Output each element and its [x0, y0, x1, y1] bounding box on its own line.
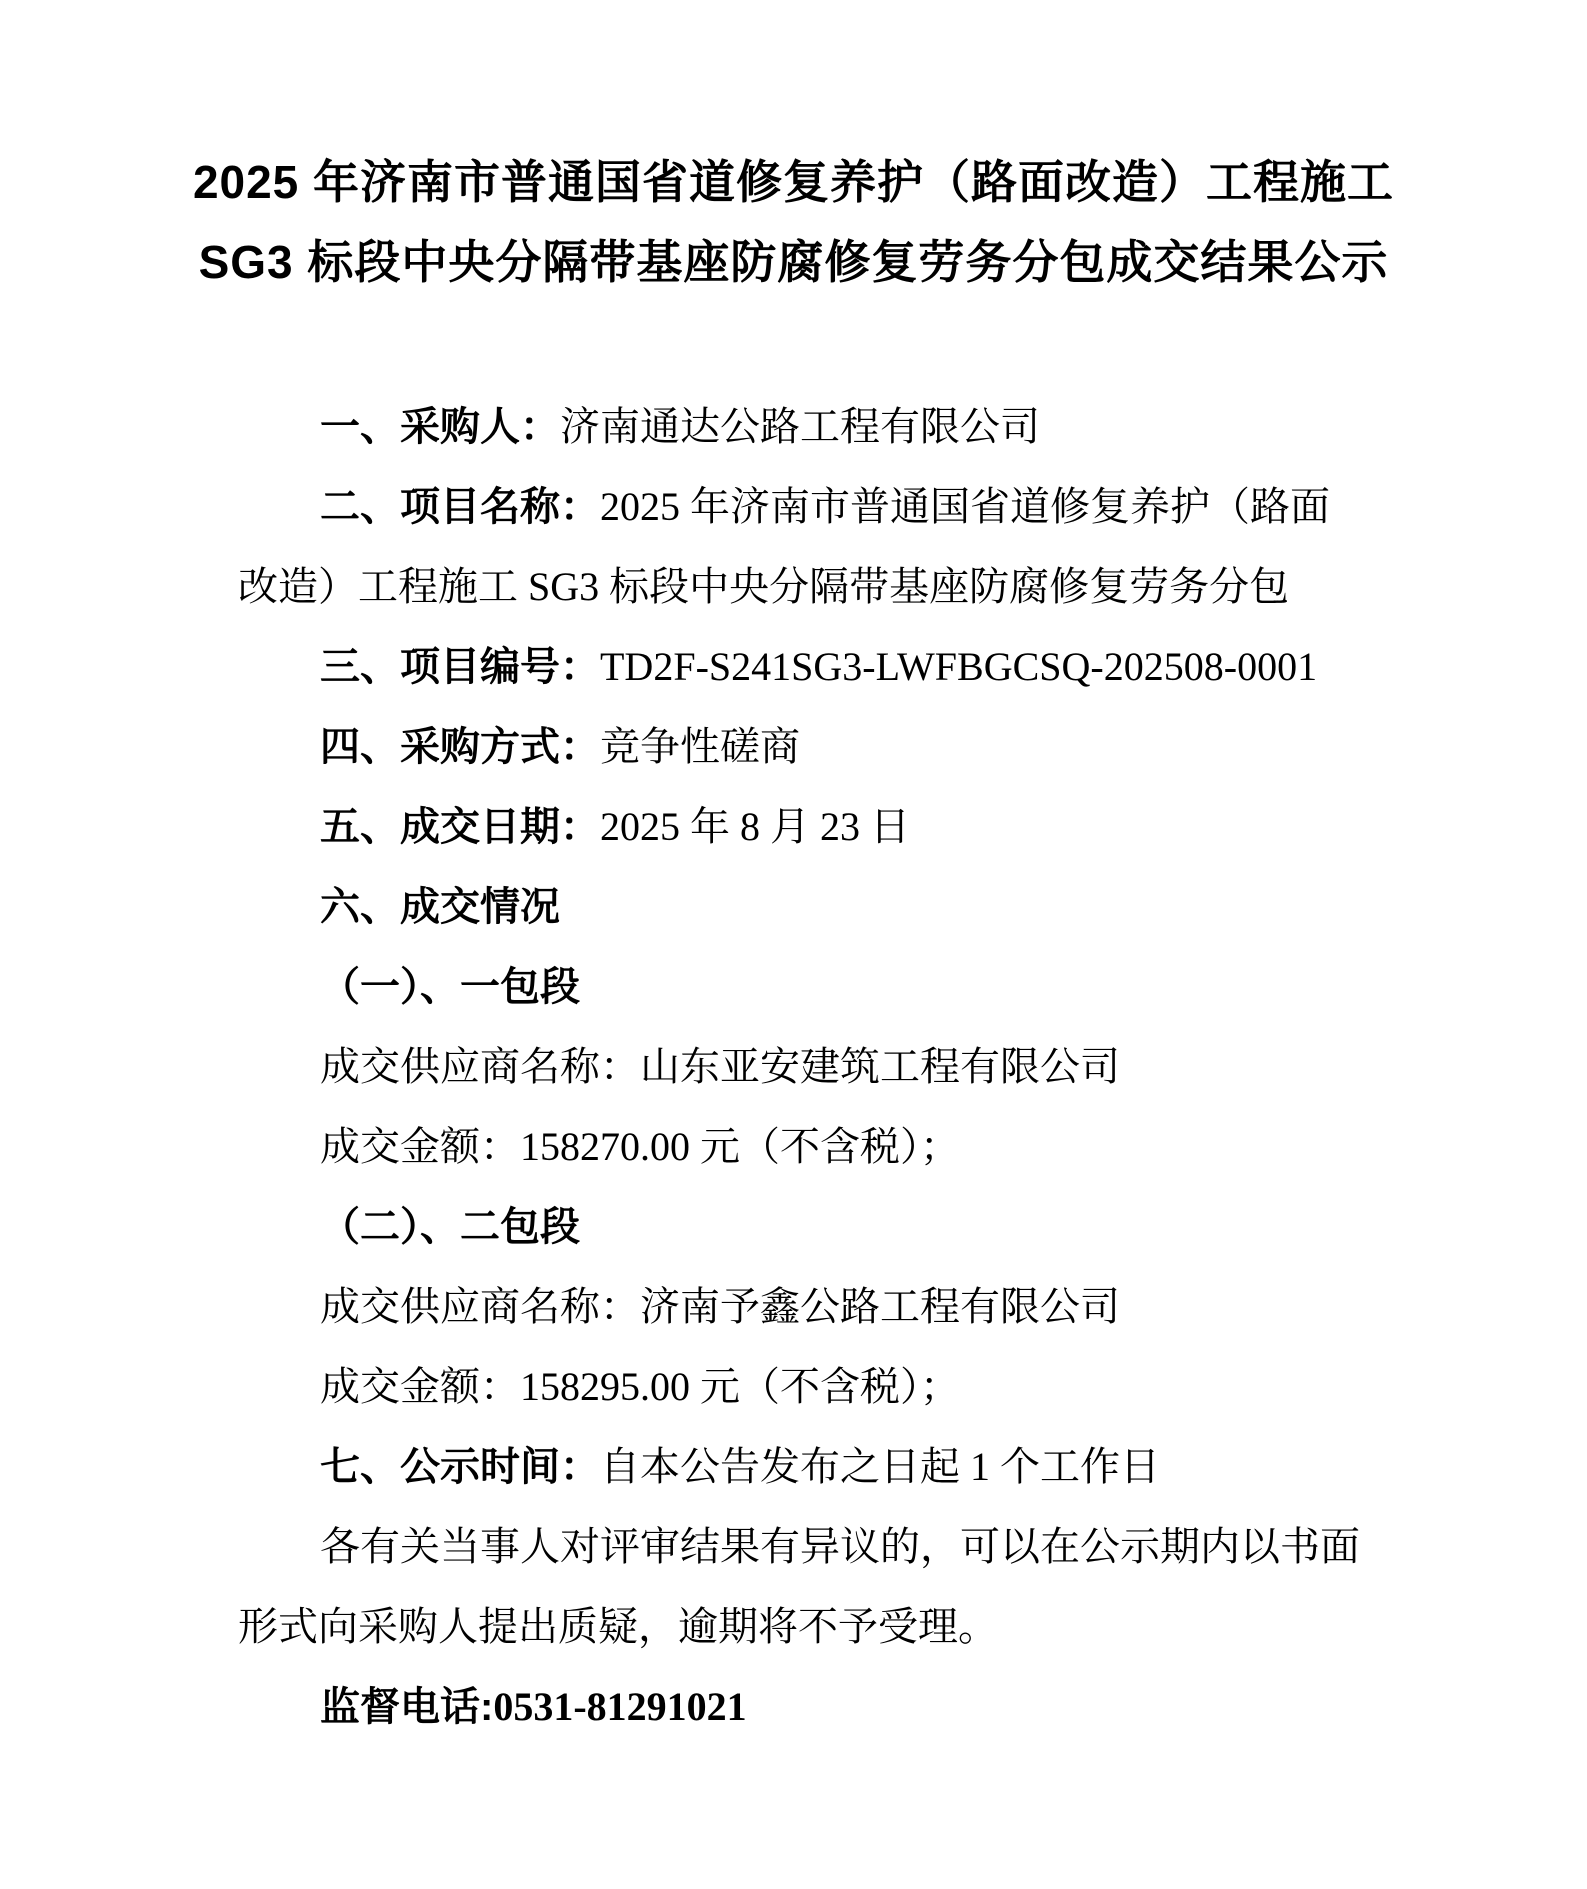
award-date-value: 2025 年 8 月 23 日	[600, 804, 910, 849]
objection-notice-part-1: 各有关当事人对评审结果有异议的，可以在公示期内以书面	[320, 1524, 1360, 1569]
project-name-value-part-1: 2025 年济南市普通国省道修复养护（路面	[600, 484, 1330, 529]
project-name-label: 二、项目名称：	[320, 485, 600, 529]
objection-notice-line-1: 各有关当事人对评审结果有异议的，可以在公示期内以书面	[238, 1507, 1387, 1587]
objection-notice-line-2: 形式向采购人提出质疑，逾期将不予受理。	[238, 1587, 1387, 1667]
publicity-period-value: 自本公告发布之日起 1 个工作日	[600, 1444, 1160, 1489]
section-1-heading: （一）、一包段	[320, 965, 580, 1009]
announcement-page: 2025 年济南市普通国省道修复养护（路面改造）工程施工 SG3 标段中央分隔带…	[0, 0, 1587, 1889]
procurement-method-label: 四、采购方式：	[320, 725, 600, 769]
project-number-line: 三、项目编号：TD2F-S241SG3-LWFBGCSQ-202508-0001	[238, 627, 1387, 707]
publicity-period-label: 七、公示时间：	[320, 1445, 600, 1489]
project-name-value-part-2: 改造）工程施工 SG3 标段中央分隔带基座防腐修复劳务分包	[238, 564, 1289, 609]
section-1-amount-line: 成交金额：158270.00 元（不含税）；	[238, 1107, 1387, 1187]
document-title: 2025 年济南市普通国省道修复养护（路面改造）工程施工 SG3 标段中央分隔带…	[0, 0, 1587, 302]
award-info-heading: 六、成交情况	[320, 885, 560, 929]
supervision-phone-label: 监督电话:	[320, 1685, 493, 1729]
supervision-phone-number: 0531-81291021	[493, 1684, 746, 1729]
procurement-method-value: 竞争性磋商	[600, 724, 800, 769]
procurement-method-line: 四、采购方式：竞争性磋商	[238, 707, 1387, 787]
section-2-supplier: 成交供应商名称：济南予鑫公路工程有限公司	[320, 1284, 1120, 1329]
section-2-heading-line: （二）、二包段	[238, 1187, 1387, 1267]
document-body: 一、采购人：济南通达公路工程有限公司 二、项目名称：2025 年济南市普通国省道…	[0, 387, 1587, 1747]
section-2-amount: 成交金额：158295.00 元（不含税）；	[320, 1364, 960, 1409]
section-1-heading-line: （一）、一包段	[238, 947, 1387, 1027]
project-name-line-1: 二、项目名称：2025 年济南市普通国省道修复养护（路面	[238, 467, 1387, 547]
section-2-supplier-line: 成交供应商名称：济南予鑫公路工程有限公司	[238, 1267, 1387, 1347]
section-1-amount: 成交金额：158270.00 元（不含税）；	[320, 1124, 960, 1169]
publicity-period-line: 七、公示时间：自本公告发布之日起 1 个工作日	[238, 1427, 1387, 1507]
award-info-heading-line: 六、成交情况	[238, 867, 1387, 947]
purchaser-label: 一、采购人：	[320, 405, 560, 449]
supervision-phone-line: 监督电话:0531-81291021	[238, 1667, 1387, 1747]
section-1-supplier-line: 成交供应商名称：山东亚安建筑工程有限公司	[238, 1027, 1387, 1107]
award-date-label: 五、成交日期：	[320, 805, 600, 849]
section-2-amount-line: 成交金额：158295.00 元（不含税）；	[238, 1347, 1387, 1427]
award-date-line: 五、成交日期：2025 年 8 月 23 日	[238, 787, 1387, 867]
project-name-line-2: 改造）工程施工 SG3 标段中央分隔带基座防腐修复劳务分包	[238, 547, 1387, 627]
document-title-line-1: 2025 年济南市普通国省道修复养护（路面改造）工程施工	[0, 142, 1587, 222]
project-number-label: 三、项目编号：	[320, 645, 600, 689]
document-title-line-2: SG3 标段中央分隔带基座防腐修复劳务分包成交结果公示	[0, 222, 1587, 302]
purchaser-value: 济南通达公路工程有限公司	[560, 404, 1040, 449]
section-1-supplier: 成交供应商名称：山东亚安建筑工程有限公司	[320, 1044, 1120, 1089]
project-number-value: TD2F-S241SG3-LWFBGCSQ-202508-0001	[600, 644, 1317, 689]
objection-notice-part-2: 形式向采购人提出质疑，逾期将不予受理。	[238, 1604, 998, 1649]
section-2-heading: （二）、二包段	[320, 1205, 580, 1249]
purchaser-line: 一、采购人：济南通达公路工程有限公司	[238, 387, 1387, 467]
